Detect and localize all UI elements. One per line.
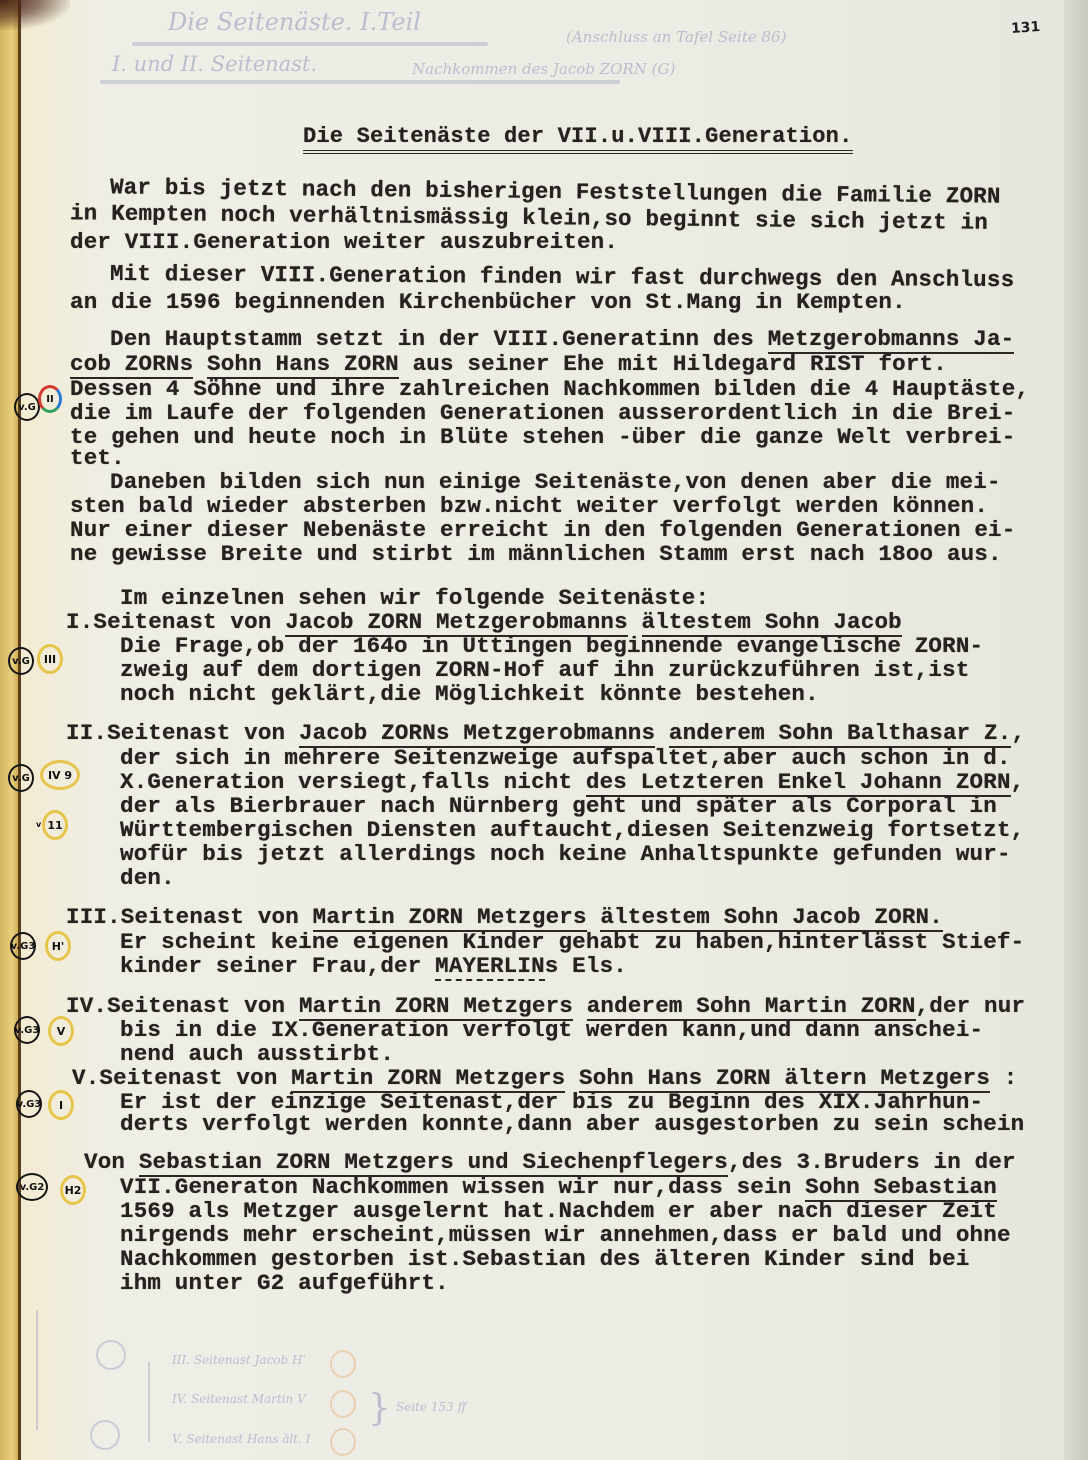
branch2-line3: X.Generation versiegt,falls nicht des Le… [120,770,1024,794]
margin-annotation-yellow-circle: V [48,1016,74,1046]
branch6-line2: VII.Generaton Nachkommen wissen wir nur,… [120,1175,997,1199]
margin-annotation-prefix: v [36,820,41,829]
branch3-text: kinder seiner Frau,der [120,953,435,979]
bleed-heading-1: Die Seitenäste. I.Teil [168,8,421,36]
branch2-line7: den. [120,866,175,890]
branch5-label: V.Seitenast von [72,1065,291,1091]
para3-line4: die im Laufe der folgenden Generationen … [70,401,1015,425]
bleed-diagram-node-2 [90,1420,120,1450]
branch6-text: Von [84,1149,139,1175]
bleed-diagram-node-1 [96,1340,126,1370]
margin-annotation-yellow-circle: H' [45,931,71,961]
bleed-underline-1 [132,42,488,46]
branch1-line4: noch nicht geklärt,die Möglichkeit könnt… [120,682,819,706]
para3-line6: tet. [70,446,125,470]
bleed-brace: } [368,1388,391,1429]
bleed-diagram-line [36,1310,38,1430]
branch3-underlined: Martin ZORN Metzgers [313,904,587,932]
margin-annotation-circle: v.G2 [16,1173,48,1201]
branch2-label: II.Seitenast von [66,720,299,746]
branch5-line3: derts verfolgt werden konnte,dann aber a… [120,1112,1024,1136]
branch6-line1: Von Sebastian ZORN Metzgers und Siechenp… [84,1150,1016,1174]
bleed-note: (Anschluss an Tafel Seite 86) [566,28,786,46]
branch3-underlined: MAYERLIN [435,953,545,981]
branch2-line4: der als Bierbrauer nach Nürnberg geht un… [120,794,997,818]
para3-underlined: Metzgerobmanns Ja- [768,326,1015,354]
para3-underlined: Sohn Hans ZORN [207,351,399,379]
branch1-line1: I.Seitenast von Jacob ZORN Metzgerobmann… [66,610,902,634]
margin-annotation-yellow-circle: 11 [42,810,68,840]
margin-annotation-circle: v.G3 [10,932,36,960]
bleed-underline-2 [100,80,620,84]
margin-annotation-yellow-circle: I [48,1090,74,1120]
bleed-diagram-item-2: IV. Seitenast Martin V [172,1392,306,1406]
para1-line3: der VIII.Generation weiter auszubreiten. [70,230,618,254]
branch6-line4: nirgends mehr erscheint,müssen wir anneh… [120,1223,1011,1247]
branch3-underlined: ältestem Sohn Jacob ZORN. [600,904,943,932]
page-right-edge [1064,0,1088,1460]
page-number: 131 [1010,19,1040,37]
bleed-diagram-circle-3 [330,1428,356,1456]
para4-line3: Nur einer dieser Nebenäste erreicht in d… [70,518,1015,542]
branch1-label: I.Seitenast von [66,609,285,635]
para4-line1: Daneben bilden sich nun einige Seitenäst… [110,470,1001,494]
branch2-underlined: Jacob ZORNs Metzgerobmanns [299,720,655,748]
branch1-line3: zweig auf dem dortigen ZORN-Hof auf ihn … [120,658,970,682]
book-edge [0,0,20,1460]
para3-text: Den Hauptstamm setzt in der VIII.Generat… [110,326,768,352]
branch2-line6: wofür bis jetzt allerdings noch keine An… [120,842,1011,866]
branch3-line3: kinder seiner Frau,der MAYERLINs Els. [120,954,627,978]
bleed-page-ref: Seite 153 ff [396,1400,466,1414]
para4-line4: ne gewisse Breite und stirbt im männlich… [70,542,1002,566]
branch2-text: , [1011,720,1025,746]
bleed-subheading: Nachkommen des Jacob ZORN (G) [412,60,675,78]
branch2-line2: der sich in mehrere Seitenzweige aufspal… [120,746,1011,770]
branch3-text: s Els. [545,953,627,979]
margin-annotation-yellow-circle: H2 [60,1175,86,1205]
branch6-text: ,des 3.Bruders in der [728,1149,1016,1175]
bleed-heading-2: I. und II. Seitenast. [112,52,317,76]
margin-annotation-colored-circle: II [38,385,62,413]
book-spine [18,0,21,1460]
branch4-line3: nend auch ausstirbt. [120,1042,394,1066]
branch2-underlined: anderem Sohn Balthasar Z. [669,720,1012,748]
margin-annotation-circle: v.G [14,393,40,421]
bleed-diagram-item-1: III. Seitenast Jacob H' [172,1353,306,1367]
margin-annotation-yellow-circle: IV 9 [40,760,80,790]
branch6-line6: ihm unter G2 aufgeführt. [120,1271,449,1295]
margin-annotation-circle: v.G [8,764,34,792]
bleed-diagram-bracket [148,1362,150,1442]
para4-line2: sten bald wieder absterben bzw.nicht wei… [70,494,988,518]
bleed-diagram-circle-1 [330,1350,356,1378]
corner-shadow [0,0,70,30]
branch3-line1: III.Seitenast von Martin ZORN Metzgers ä… [66,905,943,929]
document-title: Die Seitenäste der VII.u.VIII.Generation… [303,125,853,149]
para3-line3: Dessen 4 Söhne und ihre zahlreichen Nach… [70,377,1029,401]
branch4-line1: IV.Seitenast von Martin ZORN Metzgers an… [66,994,1025,1018]
branch6-text: VII.Generaton Nachkommen wissen wir nur,… [120,1174,805,1200]
branch6-underlined: Sebastian ZORN Metzgers und Siechenpfleg… [139,1149,728,1177]
para2-line1: Mit dieser VIII.Generation finden wir fa… [110,262,1015,292]
margin-annotation-circle: v.G [8,647,34,675]
branch3-label: III.Seitenast von [66,904,313,930]
para3-line1: Den Hauptstamm setzt in der VIII.Generat… [110,327,1014,351]
branch2-line1: II.Seitenast von Jacob ZORNs Metzgerobma… [66,721,1025,745]
branch2-text: , [1011,769,1025,795]
para3-line5: te gehen und heute noch in Blüte stehen … [70,425,1015,449]
branch2-line5: Württembergischen Diensten auftaucht,die… [120,818,1024,842]
branches-intro: Im einzelnen sehen wir folgende Seitenäs… [120,586,709,610]
branch4-line2: bis in die IX.Generation verfolgt werden… [120,1018,983,1042]
branch2-text: X.Generation versiegt,falls nicht [120,769,586,795]
para3-line2: cob ZORNs Sohn Hans ZORN aus seiner Ehe … [70,352,947,376]
margin-annotation-circle: v.G3 [14,1016,40,1044]
branch5-line1: V.Seitenast von Martin ZORN Metzgers Soh… [72,1066,1017,1090]
title-text: Die Seitenäste der VII.u.VIII.Generation… [303,124,853,154]
para3-text: aus seiner Ehe mit Hildegard RIST fort. [399,351,947,377]
bleed-diagram-item-3: V. Seitenast Hans ält. I [172,1432,310,1446]
branch5-text: : [990,1065,1017,1091]
branch4-label: IV.Seitenast von [66,993,299,1019]
branch6-line5: Nachkommen gestorben ist.Sebastian des ä… [120,1247,970,1271]
branch1-line2: Die Frage,ob der 164o in Uttingen beginn… [120,634,983,658]
margin-annotation-yellow-circle: III [37,644,63,674]
branch3-line2: Er scheint keine eigenen Kinder gehabt z… [120,930,1024,954]
branch4-text: ,der nur [916,993,1026,1019]
para3-underlined: cob ZORNs [70,351,193,379]
bleed-diagram-circle-2 [330,1390,356,1418]
para2-line2: an die 1596 beginnenden Kirchenbücher vo… [70,290,906,314]
branch6-line3: 1569 als Metzger ausgelernt hat.Nachdem … [120,1199,997,1223]
margin-annotation-circle: v.G3 [16,1090,42,1118]
